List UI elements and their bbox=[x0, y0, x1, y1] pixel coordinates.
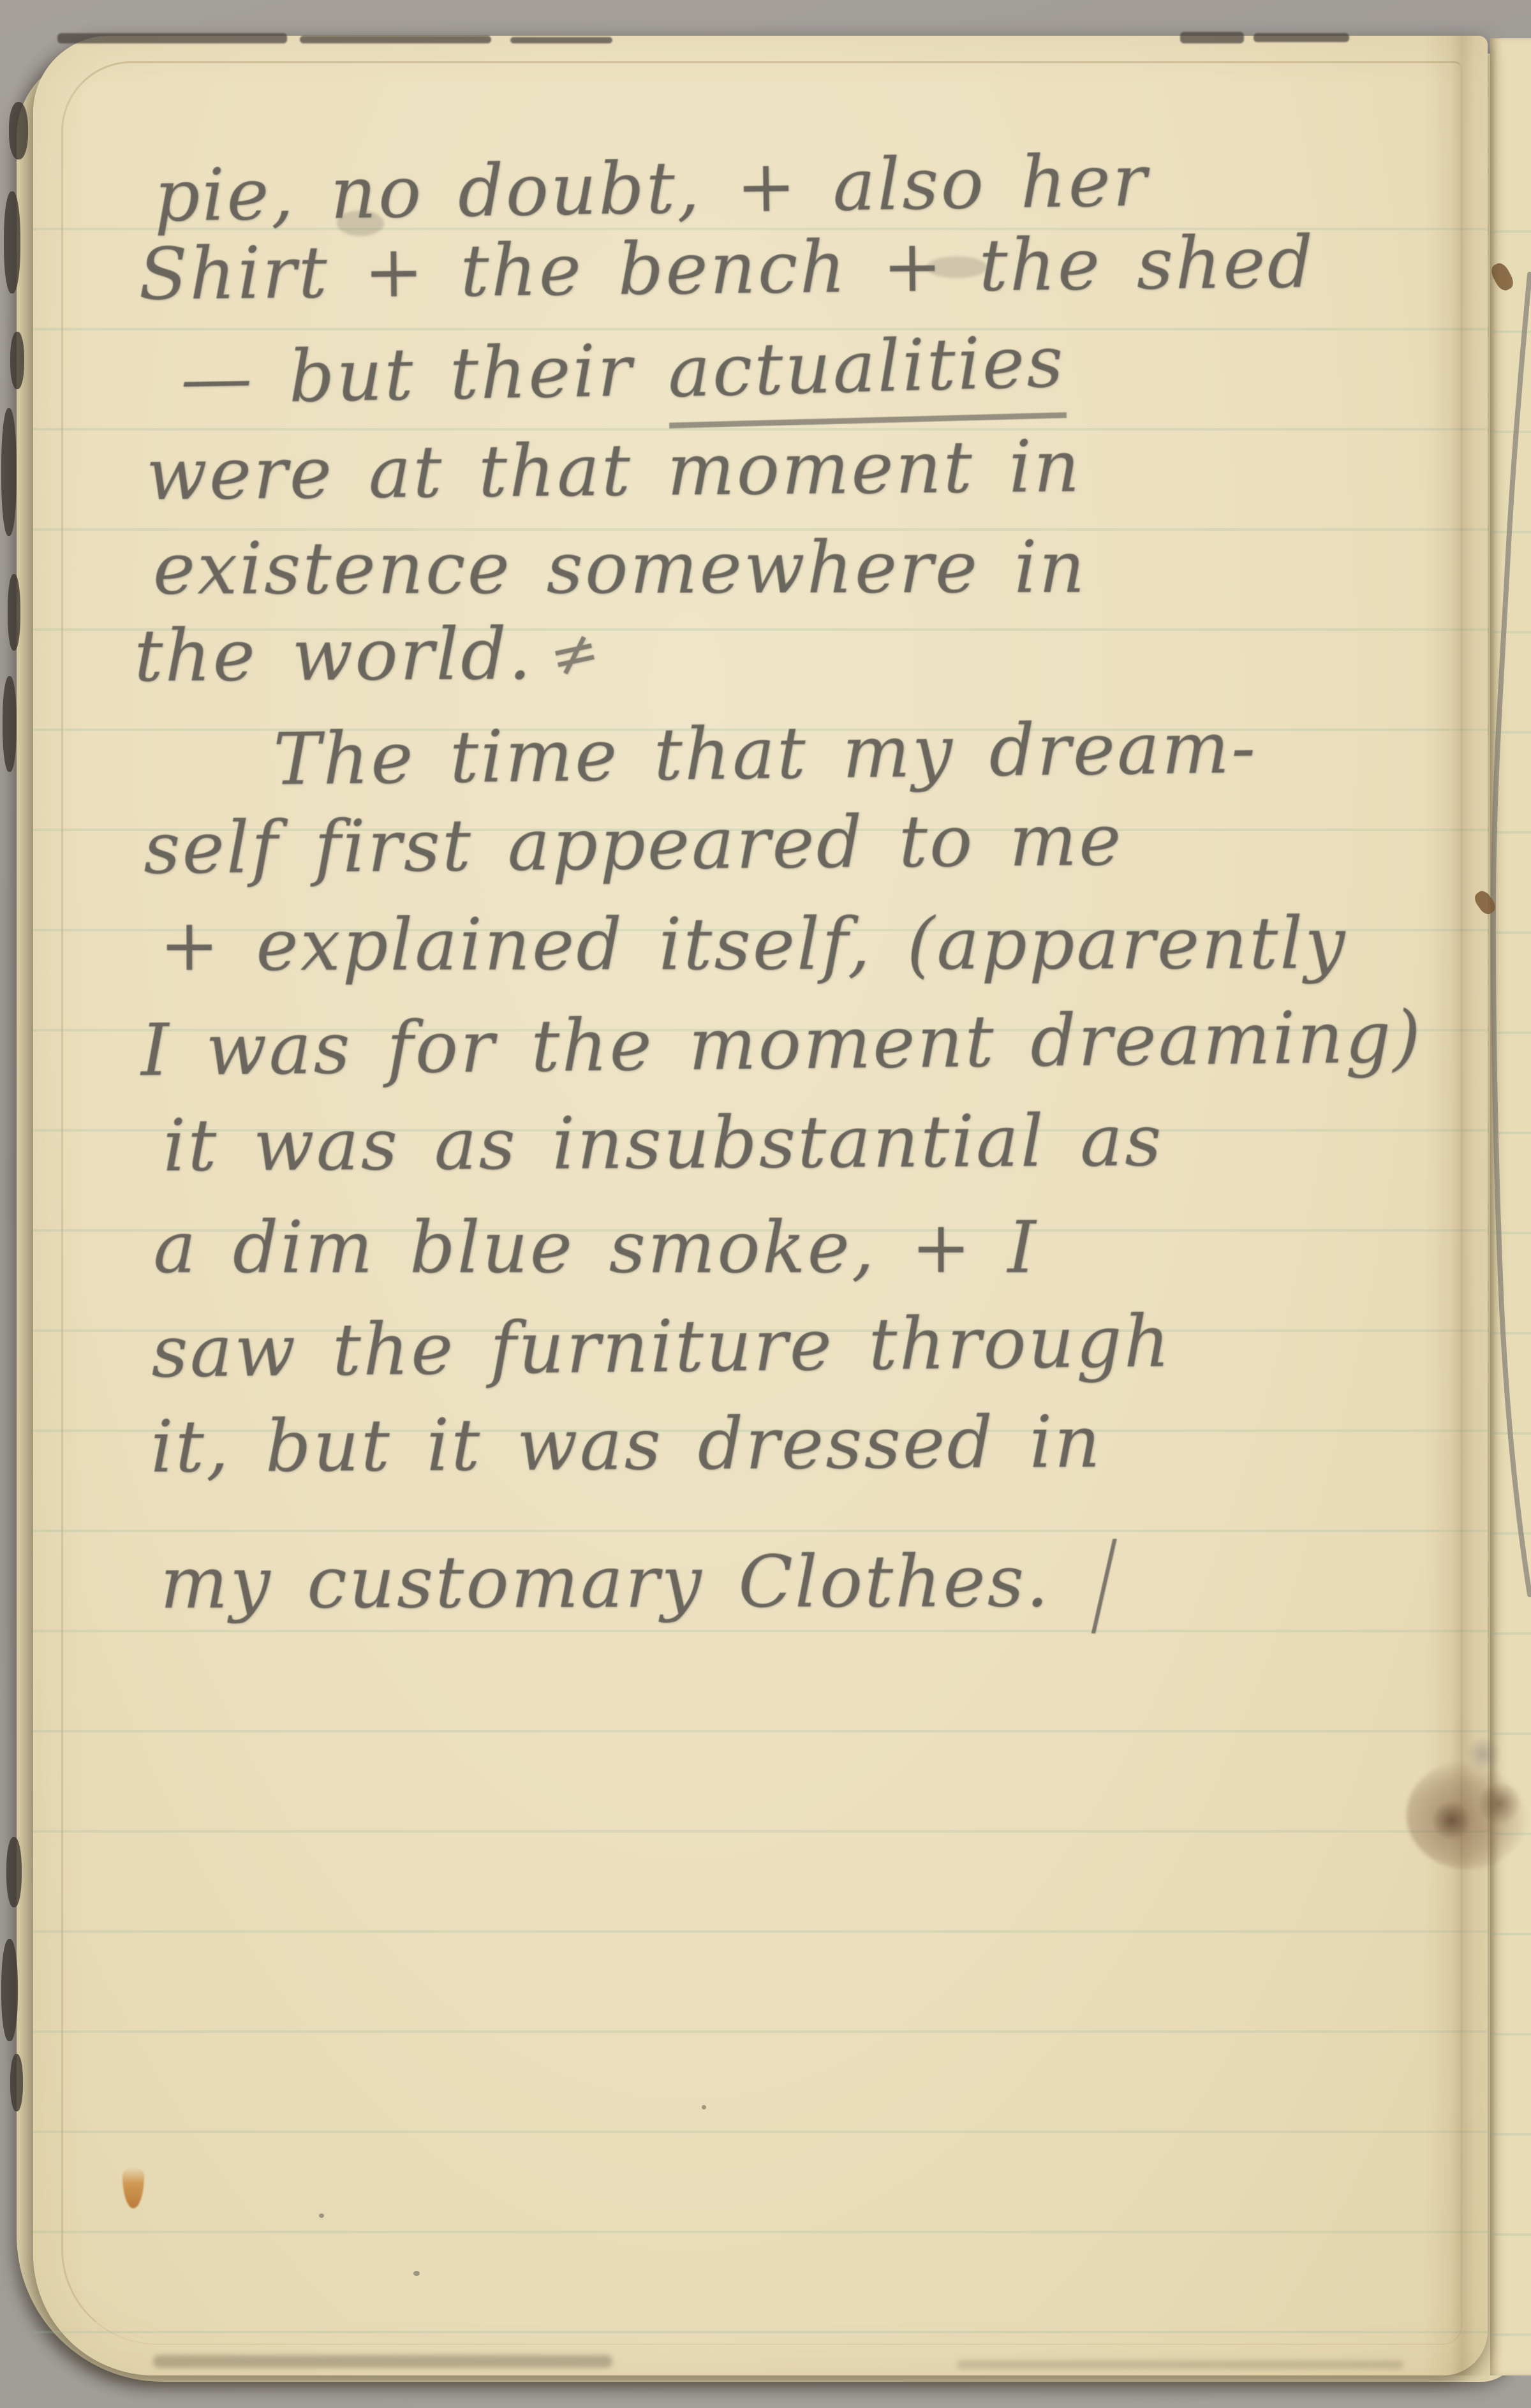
handwritten-line-12: a dim blue smoke, + I bbox=[153, 1206, 1037, 1289]
handwritten-line-4: were at that moment in bbox=[145, 425, 1081, 517]
brown-stain bbox=[1432, 1800, 1470, 1841]
bottom-edge-smudge bbox=[957, 2360, 1403, 2369]
pencil-smudge bbox=[926, 256, 987, 278]
top-edge-debris bbox=[1180, 32, 1244, 43]
handwritten-line-5: existence somewhere in bbox=[153, 526, 1087, 611]
handwritten-line-6: the world.≠ bbox=[134, 612, 602, 698]
binding-debris bbox=[10, 2054, 23, 2111]
bottom-edge-smudge bbox=[153, 2355, 612, 2368]
binding-debris bbox=[8, 574, 20, 651]
handwritten-line-11: it was as insubstantial as bbox=[163, 1100, 1164, 1188]
paragraph-slash-mark: / bbox=[1095, 1517, 1114, 1650]
pencil-smudge bbox=[337, 211, 384, 236]
handwriting-layer: pie, no doubt, + also her Shirt + the be… bbox=[0, 0, 1531, 2408]
binding-debris bbox=[4, 191, 20, 293]
binding-debris bbox=[1, 408, 17, 536]
binding-debris bbox=[9, 102, 28, 159]
top-edge-debris bbox=[300, 36, 491, 43]
paper-speck bbox=[319, 2213, 324, 2218]
underlined-word: actualities bbox=[667, 320, 1067, 428]
handwritten-line-14: it, but it was dressed in bbox=[151, 1401, 1102, 1489]
paper-speck bbox=[413, 2271, 420, 2276]
handwritten-line-15: my customary Clothes./ bbox=[160, 1500, 1136, 1636]
binding-debris bbox=[1, 1939, 18, 2041]
binding-debris bbox=[3, 676, 17, 772]
handwritten-line-13: saw the furniture through bbox=[151, 1300, 1172, 1394]
top-edge-debris bbox=[1254, 33, 1349, 42]
handwritten-line-2: Shirt + the bench + the shed bbox=[138, 221, 1315, 316]
scanned-notebook-photo: pie, no doubt, + also her Shirt + the be… bbox=[0, 0, 1531, 2408]
gray-stain bbox=[1466, 1736, 1500, 1772]
crossed-out-mark: ≠ bbox=[543, 614, 607, 692]
brown-stain bbox=[1479, 1781, 1521, 1826]
top-edge-debris bbox=[57, 33, 287, 43]
handwritten-line-7: The time that my dream- bbox=[273, 707, 1258, 802]
handwritten-line-9: + explained itself, (apparently bbox=[159, 902, 1347, 987]
handwritten-line-10: I was for the moment dreaming) bbox=[140, 996, 1423, 1092]
handwritten-line-1: pie, no doubt, + also her bbox=[154, 140, 1150, 238]
binding-debris bbox=[10, 332, 24, 389]
binding-debris bbox=[6, 1837, 22, 1907]
handwritten-line-3: — but their actualities bbox=[180, 322, 1067, 435]
handwritten-line-8: self first appeared to me bbox=[144, 799, 1123, 890]
top-edge-debris bbox=[510, 37, 612, 43]
paper-speck bbox=[702, 2105, 706, 2109]
